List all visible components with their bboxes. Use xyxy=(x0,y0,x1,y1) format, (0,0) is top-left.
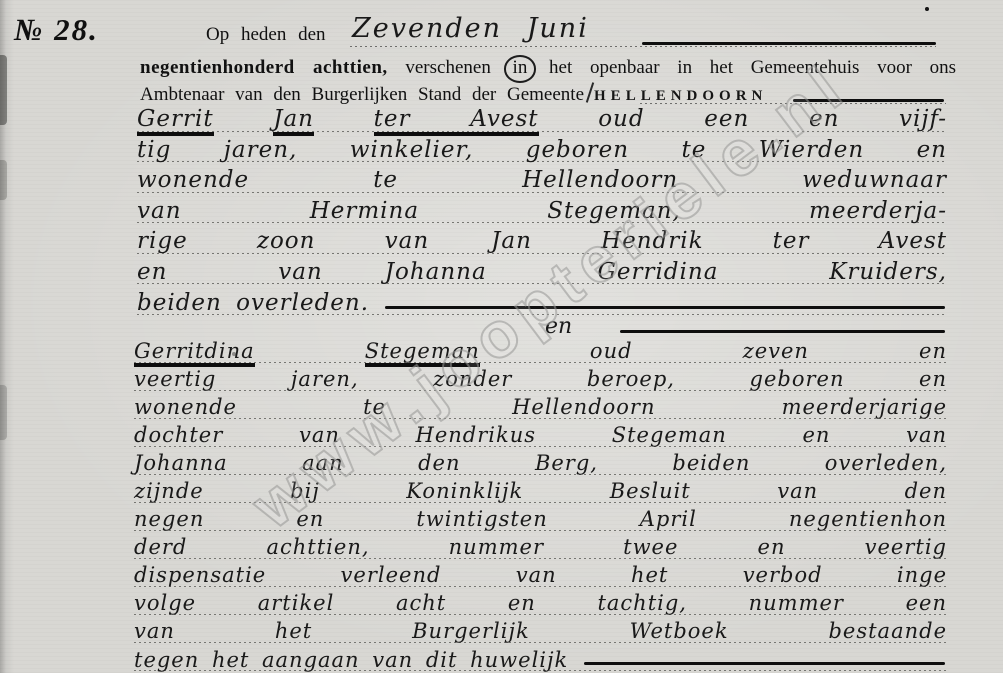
handwritten-text: zijnde bij Koninklijk Besluit van den xyxy=(134,479,947,503)
scan-speck xyxy=(925,7,929,11)
handwritten-text: rige zoon van xyxy=(137,228,429,254)
handwritten-text xyxy=(314,106,374,132)
printed-word-verschenen: verschenen xyxy=(405,57,490,78)
underlined-name: Gerritdina xyxy=(134,339,255,367)
handwritten-line: negen en twintigsten April negentienhon xyxy=(134,506,947,534)
handwritten-text: Johanna Gerridina Kruiders, xyxy=(385,259,947,285)
handwritten-text xyxy=(255,339,365,363)
bride-paragraph: Gerritdina Stegeman oud zeven enveertig … xyxy=(134,338,947,673)
scan-speck xyxy=(232,352,236,356)
handwritten-text: en van xyxy=(137,259,323,285)
handwritten-line: dochter van Hendrikus Stegeman en van xyxy=(134,422,947,450)
handwritten-date: Zevenden Juni xyxy=(352,13,589,44)
handwritten-text: negen en twintigsten April negentienhon xyxy=(134,507,947,531)
handwritten-line: tig jaren, winkelier, geboren te Wierden… xyxy=(137,135,947,166)
printed-year-bold: negentienhonderd achttien, xyxy=(140,57,388,78)
scan-edge-smudge xyxy=(0,385,7,440)
conjunction-word: en xyxy=(545,314,572,339)
handwritten-line: Gerrit Jan ter Avest oud een en vijf- xyxy=(137,104,947,135)
handwritten-line: rige zoon vanJan Hendrik ter Avest xyxy=(137,226,947,257)
act-number: № 28. xyxy=(14,12,99,48)
handwritten-line: Gerritdina Stegeman oud zeven en xyxy=(134,338,947,366)
handwritten-line: volge artikel acht en tachtig, nummer ee… xyxy=(134,590,947,618)
ink-rule xyxy=(642,42,936,45)
handwritten-line: zijnde bij Koninklijk Besluit van den xyxy=(134,478,947,506)
underlined-name: Jan xyxy=(273,106,314,136)
dotted-rule xyxy=(350,45,936,47)
marriage-certificate-scan: № 28. Op heden den Zevenden Juni negenti… xyxy=(0,0,1003,673)
ink-rule xyxy=(385,306,945,309)
handwritten-line: derd achttien, nummer twee en veertig xyxy=(134,534,947,562)
ink-rule xyxy=(620,330,945,333)
handwritten-text: volge artikel acht en tachtig, nummer ee… xyxy=(134,591,947,615)
ink-rule xyxy=(584,662,945,665)
handwritten-text: wonende te Hellendoorn meerderjarige xyxy=(134,395,947,419)
scan-edge-smudge xyxy=(0,55,7,125)
handwritten-text xyxy=(214,106,274,132)
handwritten-text: van Hermina Stegeman, meerderja- xyxy=(137,198,947,224)
handwritten-line: tegen het aangaan van dit huwelijk xyxy=(134,646,947,673)
handwritten-line: van het Burgerlijk Wetboek bestaande xyxy=(134,618,947,646)
conjunction-line: en xyxy=(137,314,947,339)
underlined-name: ter Avest xyxy=(374,106,539,136)
printed-line3-text: Ambtenaar van den Burgerlijken Stand der… xyxy=(140,84,584,105)
handwritten-text: van het Burgerlijk Wetboek bestaande xyxy=(134,619,947,643)
handwritten-line: Johanna aan den Berg, beiden overleden, xyxy=(134,450,947,478)
handwritten-line: en vanJohanna Gerridina Kruiders, xyxy=(137,257,947,288)
handwritten-line: wonende te Hellendoorn weduwnaar xyxy=(137,165,947,196)
underlined-name: Stegeman xyxy=(365,339,480,367)
handwritten-text: derd achttien, nummer twee en veertig xyxy=(134,535,947,559)
printed-line-verschenen: negentienhonderd achttien, verschenen in… xyxy=(140,57,956,80)
handwritten-line: wonende te Hellendoorn meerderjarige xyxy=(134,394,947,422)
scan-edge-smudge xyxy=(0,160,7,200)
printed-line2-rest: het openbaar in het Gemeentehuis voor on… xyxy=(549,57,956,78)
handwritten-text: tegen het aangaan van dit huwelijk xyxy=(134,647,568,673)
handwritten-line: beiden overleden. xyxy=(137,287,947,318)
handwritten-text: dochter van Hendrikus Stegeman en van xyxy=(134,423,947,447)
handwritten-line: veertig jaren, zonder beroep, geboren en xyxy=(134,366,947,394)
handwritten-line: dispensatie verleend van het verbod inge xyxy=(134,562,947,590)
handwritten-text: beiden overleden. xyxy=(137,288,369,318)
ink-rule xyxy=(793,99,944,102)
scan-speck xyxy=(337,205,340,208)
handwritten-text: veertig jaren, zonder beroep, geboren en xyxy=(134,367,947,391)
printed-line-op-heden-den: Op heden den xyxy=(206,24,326,46)
handwritten-text: oud een en vijf- xyxy=(539,106,947,132)
handwritten-text: Jan Hendrik ter Avest xyxy=(491,228,947,254)
handwritten-text: oud zeven en xyxy=(480,339,947,363)
handwritten-text: dispensatie verleend van het verbod inge xyxy=(134,563,947,587)
handwritten-text: wonende te Hellendoorn weduwnaar xyxy=(137,167,947,193)
handwritten-line: van Hermina Stegeman, meerderja- xyxy=(137,196,947,227)
handwritten-text: Johanna aan den Berg, beiden overleden, xyxy=(134,451,947,475)
groom-paragraph: Gerrit Jan ter Avest oud een en vijf-tig… xyxy=(137,104,947,318)
circled-word-in: in xyxy=(504,55,537,83)
handwritten-text: tig jaren, winkelier, geboren te Wierden… xyxy=(137,137,947,163)
underlined-name: Gerrit xyxy=(137,106,214,136)
